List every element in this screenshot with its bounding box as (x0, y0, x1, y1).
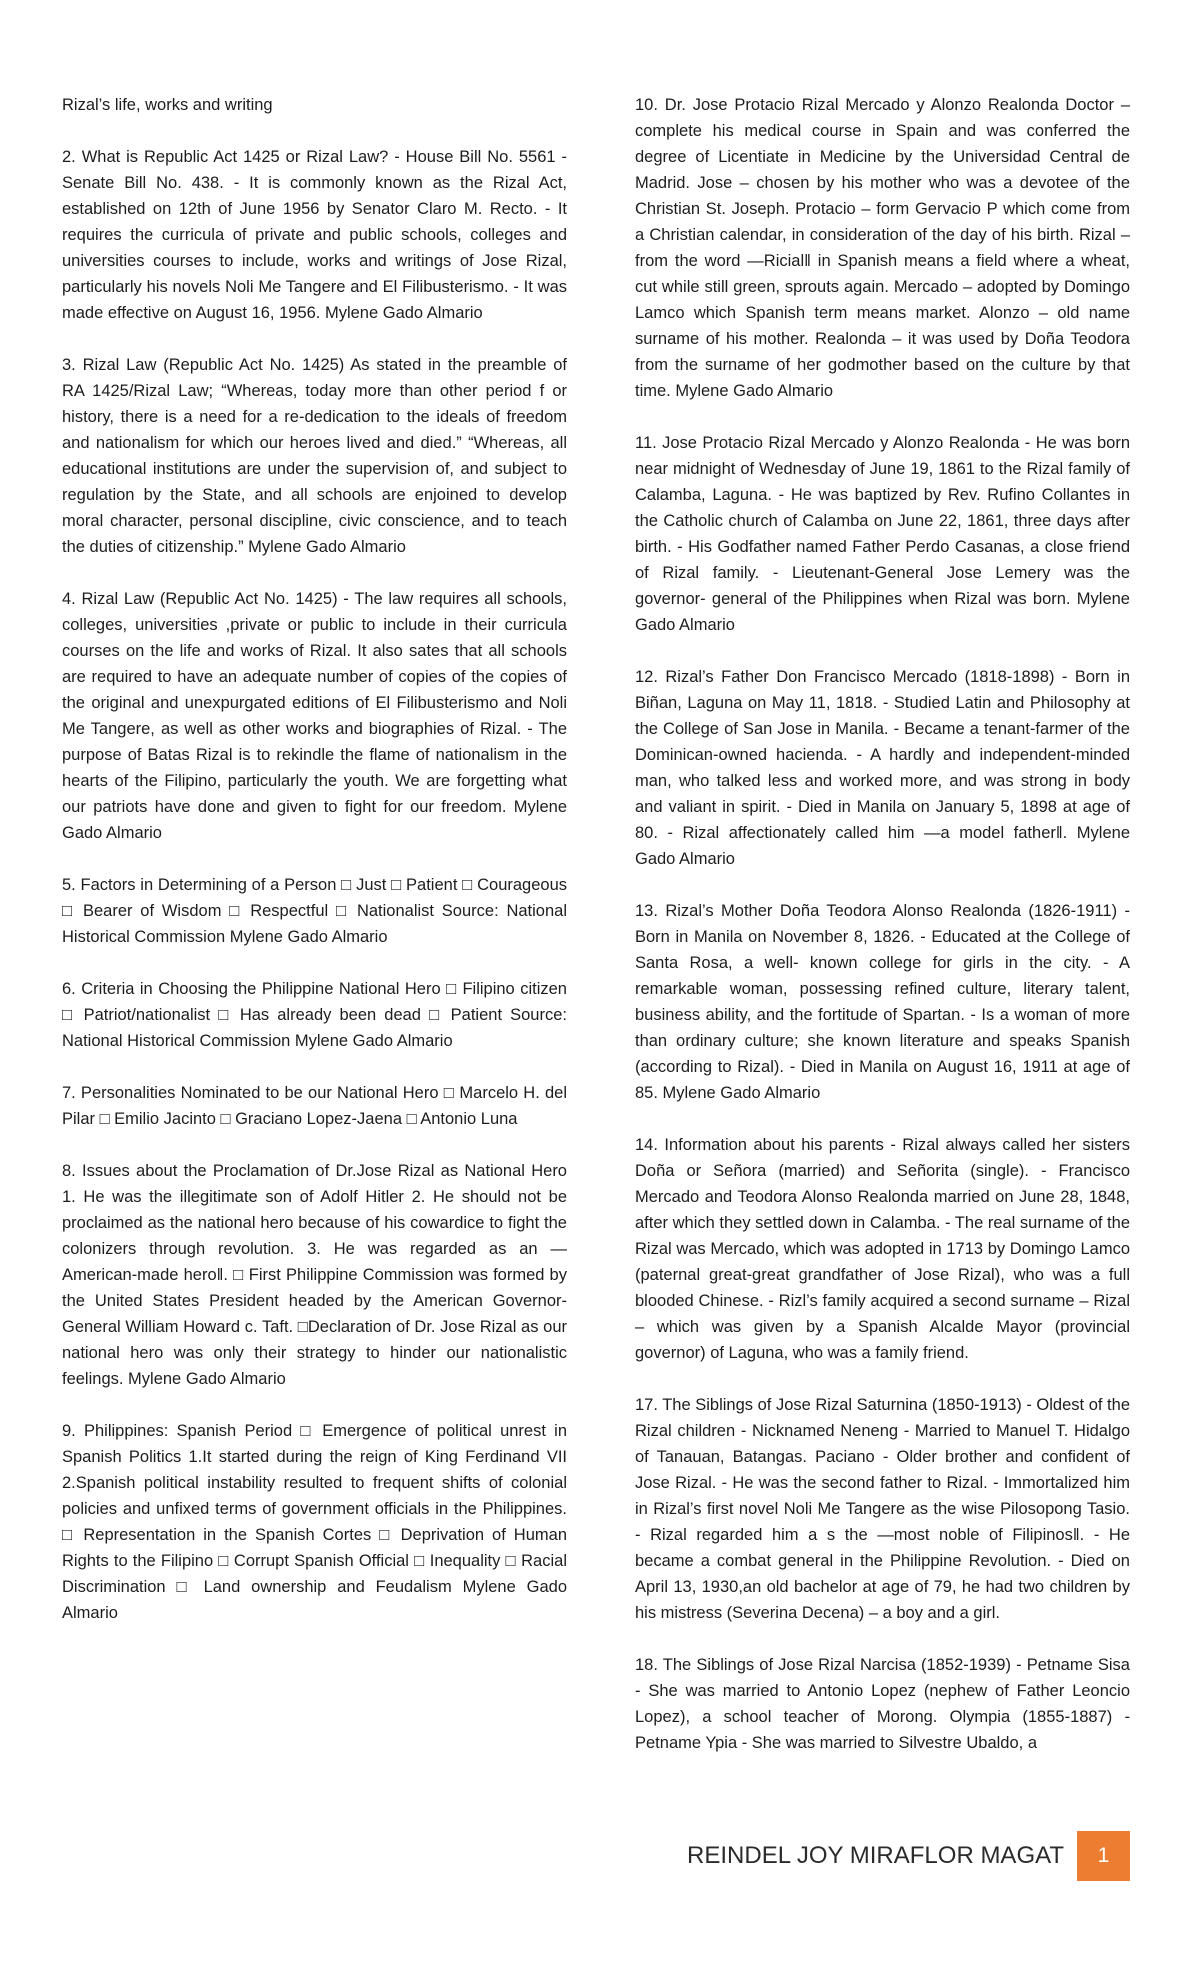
footer-author: REINDEL JOY MIRAFLOR MAGAT (687, 1831, 1064, 1881)
left-column: Rizal’s life, works and writing 2. What … (62, 92, 567, 1652)
paragraph-8: 8. Issues about the Proclamation of Dr.J… (62, 1158, 567, 1392)
paragraph-3: 3. Rizal Law (Republic Act No. 1425) As … (62, 352, 567, 560)
paragraph-11: 11. Jose Protacio Rizal Mercado y Alonzo… (635, 430, 1130, 638)
page-number-badge: 1 (1077, 1831, 1130, 1881)
paragraph-18: 18. The Siblings of Jose Rizal Narcisa (… (635, 1652, 1130, 1756)
document-page: Rizal’s life, works and writing 2. What … (0, 0, 1200, 1976)
paragraph-4: 4. Rizal Law (Republic Act No. 1425) - T… (62, 586, 567, 846)
paragraph-7: 7. Personalities Nominated to be our Nat… (62, 1080, 567, 1132)
paragraph-9: 9. Philippines: Spanish Period □ Emergen… (62, 1418, 567, 1626)
paragraph-5: 5. Factors in Determining of a Person □ … (62, 872, 567, 950)
right-column: 10. Dr. Jose Protacio Rizal Mercado y Al… (635, 92, 1130, 1782)
page-footer: REINDEL JOY MIRAFLOR MAGAT 1 (687, 1831, 1130, 1881)
paragraph-6: 6. Criteria in Choosing the Philippine N… (62, 976, 567, 1054)
paragraph-13: 13. Rizal’s Mother Doña Teodora Alonso R… (635, 898, 1130, 1106)
paragraph-12: 12. Rizal’s Father Don Francisco Mercado… (635, 664, 1130, 872)
document-title: Rizal’s life, works and writing (62, 92, 567, 118)
page-number: 1 (1098, 1844, 1110, 1868)
paragraph-17: 17. The Siblings of Jose Rizal Saturnina… (635, 1392, 1130, 1626)
paragraph-14: 14. Information about his parents - Riza… (635, 1132, 1130, 1366)
paragraph-10: 10. Dr. Jose Protacio Rizal Mercado y Al… (635, 92, 1130, 404)
paragraph-2: 2. What is Republic Act 1425 or Rizal La… (62, 144, 567, 326)
